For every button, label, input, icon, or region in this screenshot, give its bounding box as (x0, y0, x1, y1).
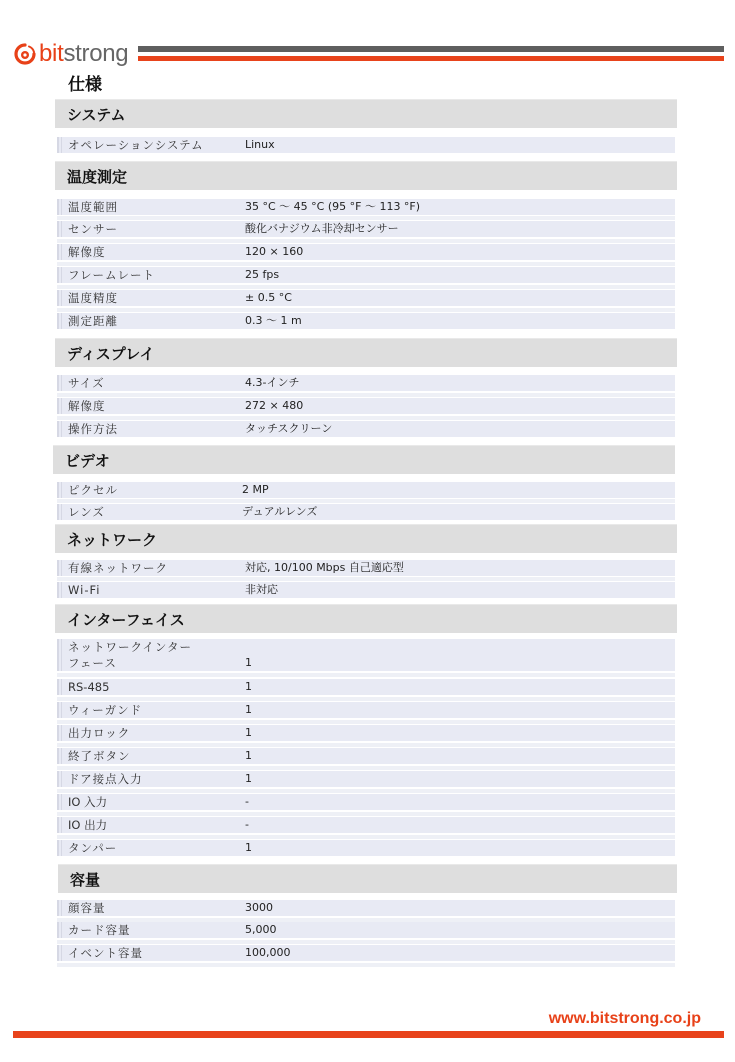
spec-row: レンズデュアルレンズ (57, 504, 675, 520)
section-header-display: ディスプレイ (55, 338, 677, 367)
section-header-network: ネットワーク (55, 524, 677, 553)
row-separator (57, 963, 675, 967)
spec-row: 顔容量3000 (57, 900, 675, 916)
row-separator (57, 743, 675, 747)
spec-row: ネットワークインターフェース 1 (57, 639, 675, 671)
spec-label: センサー (68, 221, 118, 237)
spec-value: 2 MP (242, 482, 269, 498)
brand-logo: bitstrong (14, 40, 128, 68)
footer-website-link[interactable]: www.bitstrong.co.jp (549, 1010, 701, 1028)
spec-row: IO 出力- (57, 817, 675, 833)
spec-value: タッチスクリーン (245, 421, 332, 437)
swirl-eye-icon (14, 43, 36, 65)
spec-value: 272 × 480 (245, 398, 303, 414)
spec-row: 解像度120 × 160 (57, 244, 675, 260)
spec-value: 1 (245, 771, 252, 787)
spec-row: 測定距離0.3 ～ 1 m (57, 313, 675, 329)
spec-label: ドア接点入力 (68, 771, 143, 787)
spec-row: ピクセル2 MP (57, 482, 675, 498)
brand-wordmark: bitstrong (39, 40, 128, 68)
spec-value: 0.3 ～ 1 m (245, 313, 302, 329)
spec-value: 4.3-インチ (245, 375, 299, 391)
spec-value: 1 (245, 725, 252, 741)
row-separator (57, 812, 675, 816)
spec-value: 1 (245, 702, 252, 718)
spec-label: 測定距離 (68, 313, 118, 329)
spec-label: IO 出力 (68, 817, 107, 833)
spec-row: 終了ボタン1 (57, 748, 675, 764)
header-rule-gray (138, 46, 724, 52)
spec-row: 操作方法タッチスクリーン (57, 421, 675, 437)
spec-label: レンズ (68, 504, 105, 520)
spec-value: - (245, 794, 249, 810)
spec-row: RS-4851 (57, 679, 675, 695)
spec-value: 1 (245, 679, 252, 695)
spec-row: Wi-Fi非対応 (57, 582, 675, 598)
section-header-temperature: 温度測定 (55, 161, 677, 190)
row-separator (57, 789, 675, 793)
row-separator (57, 720, 675, 724)
spec-value: 25 fps (245, 267, 279, 283)
row-separator (57, 499, 675, 503)
row-separator (57, 239, 675, 243)
spec-row: タンパー1 (57, 840, 675, 856)
spec-value: - (245, 817, 249, 833)
row-separator (57, 216, 675, 220)
spec-row: 温度精度± 0.5 °C (57, 290, 675, 306)
spec-value: 1 (245, 655, 252, 671)
spec-label: IO 入力 (68, 794, 107, 810)
spec-row: カード容量5,000 (57, 922, 675, 938)
spec-value: 対応, 10/100 Mbps 自己適応型 (245, 560, 404, 576)
spec-label: RS-485 (68, 679, 109, 695)
spec-value: 酸化バナジウム非冷却センサー (245, 221, 399, 237)
spec-row: オペレーションシステムLinux (57, 137, 675, 153)
footer-rule-red (13, 1031, 724, 1038)
spec-label: 終了ボタン (68, 748, 131, 764)
row-separator (57, 308, 675, 312)
spec-value: 100,000 (245, 945, 291, 961)
spec-row: サイズ4.3-インチ (57, 375, 675, 391)
row-separator (57, 262, 675, 266)
spec-label: 温度範囲 (68, 199, 118, 215)
spec-row: ウィーガンド1 (57, 702, 675, 718)
spec-value: 1 (245, 840, 252, 856)
spec-label: フレームレート (68, 267, 155, 283)
spec-value: 非対応 (245, 582, 278, 598)
spec-label: 温度精度 (68, 290, 118, 306)
spec-row: IO 入力- (57, 794, 675, 810)
spec-label: 解像度 (68, 398, 106, 414)
section-header-system: システム (55, 99, 677, 128)
row-separator (57, 673, 675, 677)
row-separator (57, 835, 675, 839)
spec-label: サイズ (68, 375, 105, 391)
spec-label: ピクセル (68, 482, 118, 498)
page-title: 仕様 (68, 70, 102, 95)
spec-value: 1 (245, 748, 252, 764)
spec-value: 5,000 (245, 922, 277, 938)
spec-row: 有線ネットワーク対応, 10/100 Mbps 自己適応型 (57, 560, 675, 576)
spec-label: 出力ロック (68, 725, 130, 741)
row-separator (57, 577, 675, 581)
spec-label: ウィーガンド (68, 702, 142, 718)
spec-row: イベント容量100,000 (57, 945, 675, 961)
spec-value: 120 × 160 (245, 244, 303, 260)
spec-value: ± 0.5 °C (245, 290, 292, 306)
section-header-video: ビデオ (53, 445, 675, 474)
spec-label: 解像度 (68, 244, 106, 260)
row-separator (57, 940, 675, 944)
spec-row: ドア接点入力1 (57, 771, 675, 787)
section-header-interface: インターフェイス (55, 604, 677, 633)
section-header-capacity: 容量 (58, 864, 677, 893)
spec-value: デュアルレンズ (242, 504, 317, 520)
spec-label: 顔容量 (68, 900, 106, 916)
spec-label: 有線ネットワーク (68, 560, 168, 576)
spec-label: オペレーションシステム (68, 137, 204, 153)
spec-row: センサー酸化バナジウム非冷却センサー (57, 221, 675, 237)
spec-row: フレームレート25 fps (57, 267, 675, 283)
spec-label: タンパー (68, 840, 117, 856)
spec-label: イベント容量 (68, 945, 143, 961)
spec-label: Wi-Fi (68, 582, 100, 598)
header-rule-red (138, 56, 724, 61)
spec-row: 温度範囲35 °C ～ 45 °C (95 °F ～ 113 °F) (57, 199, 675, 215)
row-separator (57, 416, 675, 420)
row-separator (57, 285, 675, 289)
spec-value: Linux (245, 137, 275, 153)
spec-row: 出力ロック1 (57, 725, 675, 741)
spec-value: 35 °C ～ 45 °C (95 °F ～ 113 °F) (245, 199, 420, 215)
spec-row: 解像度272 × 480 (57, 398, 675, 414)
spec-value: 3000 (245, 900, 273, 916)
row-separator (57, 697, 675, 701)
spec-label: 操作方法 (68, 421, 118, 437)
spec-label: カード容量 (68, 922, 131, 938)
row-separator (57, 393, 675, 397)
row-separator (57, 766, 675, 770)
spec-label: ネットワークインターフェース (68, 639, 192, 671)
